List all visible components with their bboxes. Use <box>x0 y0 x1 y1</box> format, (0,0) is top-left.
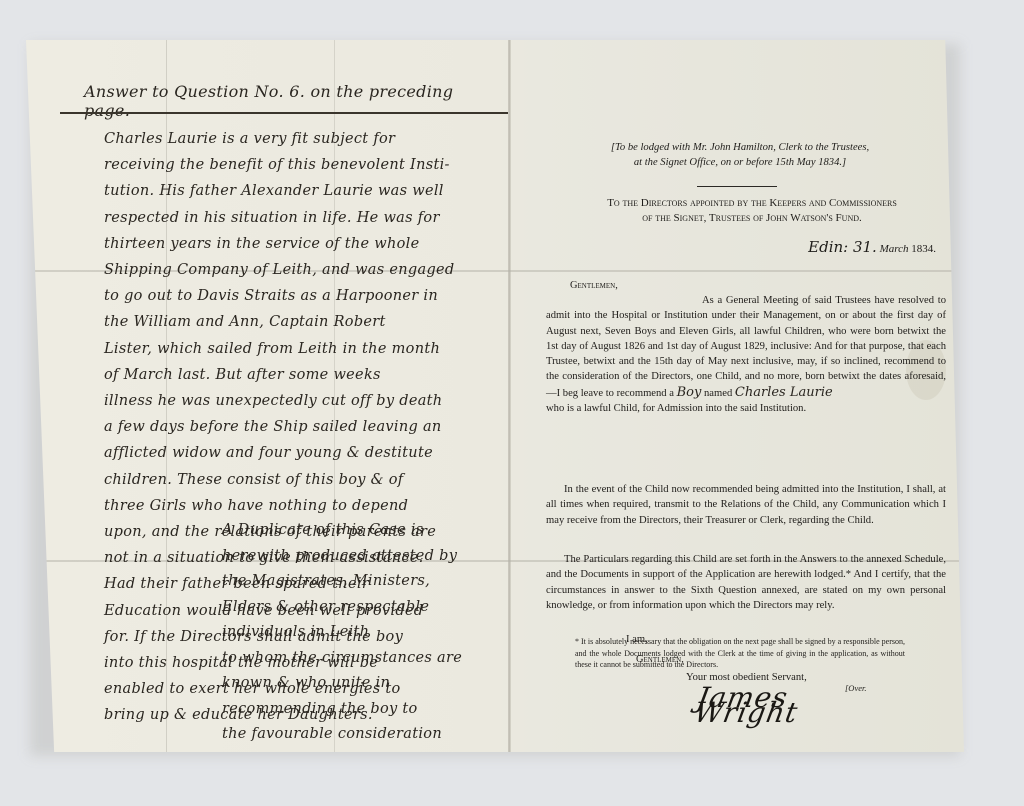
hand-line: Shipping Company of Leith, and was engag… <box>104 257 504 283</box>
heading-rule <box>60 112 508 114</box>
lodging-line: at the Signet Office, on or before 15th … <box>560 155 920 170</box>
signature: James Wright <box>693 690 898 721</box>
hand-line: the favourable consideration <box>222 722 502 748</box>
salutation: Gentlemen, <box>570 278 618 293</box>
addressee-line: of the Signet, Trustees of John Watson's… <box>542 211 962 226</box>
handwritten-date: Edin: 31. <box>808 238 877 256</box>
hand-line: the William and Ann, Captain Robert <box>104 309 504 335</box>
handwritten-child-type: Boy <box>677 385 702 400</box>
hand-line: of the Directors. <box>222 748 502 774</box>
closing-i-am: I am, <box>626 632 648 647</box>
hand-line: known & who unite in <box>222 671 502 697</box>
hand-line: receiving the benefit of this benevolent… <box>104 152 504 178</box>
hand-line: the Magistrates, Ministers, <box>222 569 502 595</box>
hand-line: children. These consist of this boy & of <box>104 467 504 493</box>
lodging-instruction: [To be lodged with Mr. John Hamilton, Cl… <box>560 140 920 170</box>
lodging-line: [To be lodged with Mr. John Hamilton, Cl… <box>560 140 920 155</box>
hand-line: herewith produced attested by <box>222 544 502 570</box>
paragraph-text: who is a lawful Child, for Admission int… <box>546 403 806 414</box>
hand-line: to whom the circumstances are <box>222 646 502 672</box>
addressee: To the Directors appointed by the Keeper… <box>542 196 962 226</box>
recommendation-paragraph: As a General Meeting of said Trustees ha… <box>546 293 946 416</box>
center-fold <box>508 40 511 752</box>
separator-rule <box>697 186 777 187</box>
hand-line: Charles Laurie is a very fit subject for <box>104 126 504 152</box>
handwritten-heading: Answer to Question No. 6. on the precedi… <box>84 82 504 120</box>
handwritten-duplicate-note: A Duplicate of this Case is herewith pro… <box>222 518 502 773</box>
date-year: 1834. <box>911 243 936 255</box>
hand-line: to go out to Davis Straits as a Harpoone… <box>104 283 504 309</box>
document-sheet: Answer to Question No. 6. on the precedi… <box>26 40 964 752</box>
hand-line: respected in his situation in life. He w… <box>104 205 504 231</box>
certification-paragraph: The Particulars regarding this Child are… <box>546 552 946 613</box>
hand-line: tution. His father Alexander Laurie was … <box>104 178 504 204</box>
hand-line: of March last. But after some weeks <box>104 362 504 388</box>
hand-line: Lister, which sailed from Leith in the m… <box>104 336 504 362</box>
hand-line: three Girls who have nothing to depend <box>104 493 504 519</box>
hand-line: a few days before the Ship sailed leavin… <box>104 414 504 440</box>
obligation-paragraph: In the event of the Child now recommende… <box>546 482 946 528</box>
hand-line: recommending the boy to <box>222 697 502 723</box>
date-month: March <box>880 243 909 255</box>
named-label: named <box>704 388 732 399</box>
handwritten-child-name: Charles Laurie <box>735 385 833 400</box>
hand-line: thirteen years in the service of the who… <box>104 231 504 257</box>
hand-line: Elders & other respectable <box>222 595 502 621</box>
hand-line: afflicted widow and four young & destitu… <box>104 440 504 466</box>
paragraph-text: As a General Meeting of said Trustees ha… <box>546 295 946 399</box>
hand-line: illness he was unexpectedly cut off by d… <box>104 388 504 414</box>
closing-salutation: Gentlemen, <box>636 652 684 667</box>
hand-line: A Duplicate of this Case is <box>222 518 502 544</box>
date-line: Edin: 31. March 1834. <box>716 240 936 257</box>
hand-line: individuals in Leith <box>222 620 502 646</box>
addressee-line: To the Directors appointed by the Keeper… <box>542 196 962 211</box>
